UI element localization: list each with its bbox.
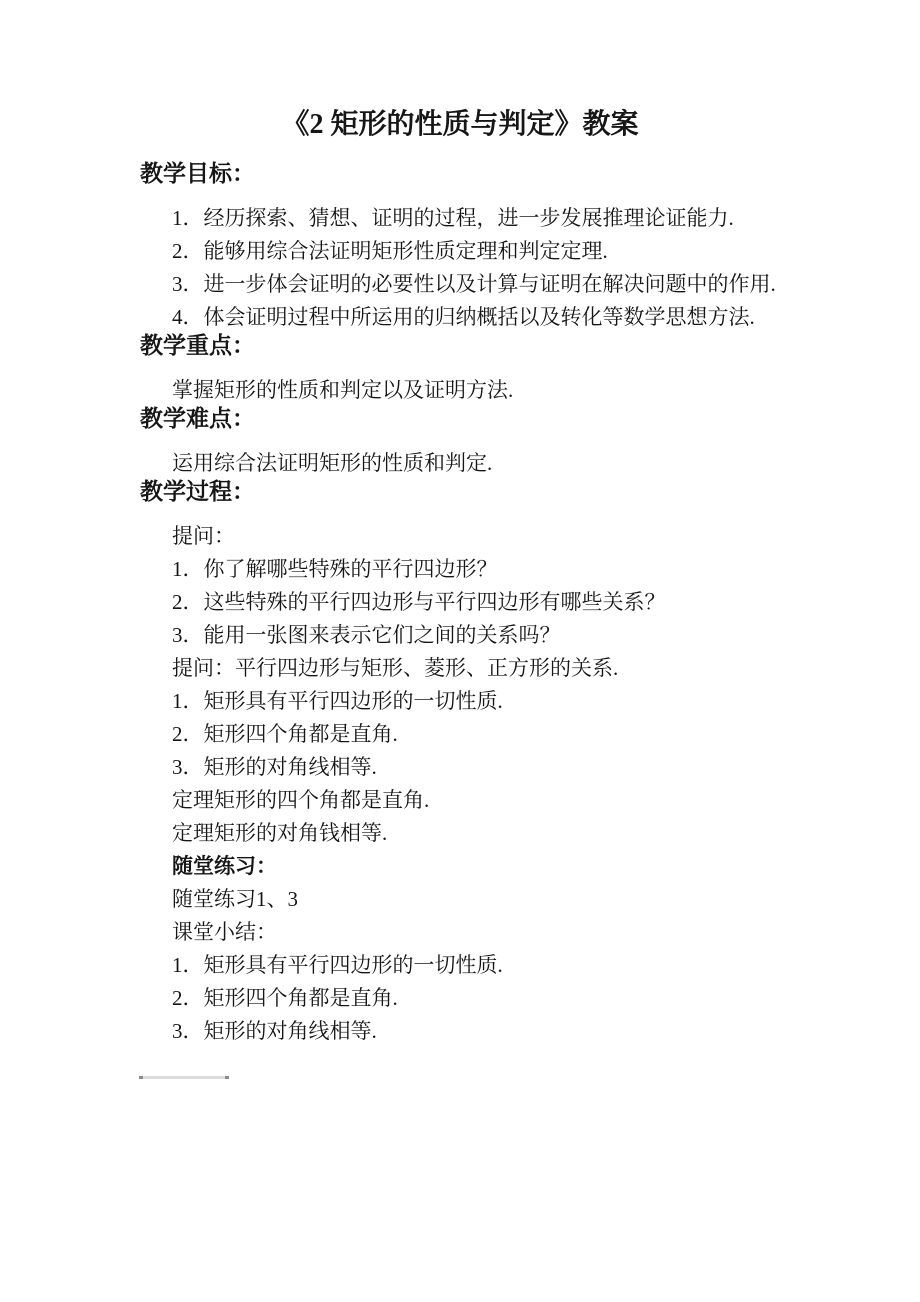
process-question-1: 1．你了解哪些特殊的平行四边形？ — [140, 553, 780, 586]
section-teaching-process: 教学过程： 提问： 1．你了解哪些特殊的平行四边形？ 2．这些特殊的平行四边形与… — [140, 474, 780, 1048]
process-question-relation: 提问：平行四边形与矩形、菱形、正方形的关系. — [140, 652, 780, 685]
document-page: 《2 矩形的性质与判定》教案 教学目标： 1．经历探索、猜想、证明的过程，进一步… — [0, 0, 920, 1302]
footnote-separator — [139, 1076, 229, 1079]
section-teaching-objectives: 教学目标： 1．经历探索、猜想、证明的过程，进一步发展推理论证能力. 2．能够用… — [140, 156, 780, 334]
process-theorem-1: 定理矩形的四个角都是直角. — [140, 784, 780, 817]
process-question-3: 3．能用一张图来表示它们之间的关系吗？ — [140, 619, 780, 652]
process-property-1: 1．矩形具有平行四边形的一切性质. — [140, 685, 780, 718]
document-title: 《2 矩形的性质与判定》教案 — [140, 108, 780, 142]
process-summary-label: 课堂小结： — [140, 916, 780, 949]
process-question-2: 2．这些特殊的平行四边形与平行四边形有哪些关系？ — [140, 586, 780, 619]
section-teaching-key-points: 教学重点： 掌握矩形的性质和判定以及证明方法. — [140, 328, 780, 407]
process-exercise-heading: 随堂练习： — [140, 850, 780, 883]
process-question-label: 提问： — [140, 520, 780, 553]
process-summary-3: 3．矩形的对角线相等. — [140, 1015, 780, 1048]
process-theorem-2: 定理矩形的对角钱相等. — [140, 817, 780, 850]
objective-item-2: 2．能够用综合法证明矩形性质定理和判定定理. — [140, 235, 780, 268]
process-property-3: 3．矩形的对角线相等. — [140, 751, 780, 784]
process-exercise-items: 随堂练习1、3 — [140, 883, 780, 916]
objective-item-3: 3．进一步体会证明的必要性以及计算与证明在解决问题中的作用. — [140, 268, 780, 301]
heading-teaching-objectives: 教学目标： — [140, 156, 780, 190]
process-summary-1: 1．矩形具有平行四边形的一切性质. — [140, 949, 780, 982]
process-property-2: 2．矩形四个角都是直角. — [140, 718, 780, 751]
section-teaching-difficulties: 教学难点： 运用综合法证明矩形的性质和判定. — [140, 401, 780, 480]
objective-item-1: 1．经历探索、猜想、证明的过程，进一步发展推理论证能力. — [140, 202, 780, 235]
process-summary-2: 2．矩形四个角都是直角. — [140, 982, 780, 1015]
